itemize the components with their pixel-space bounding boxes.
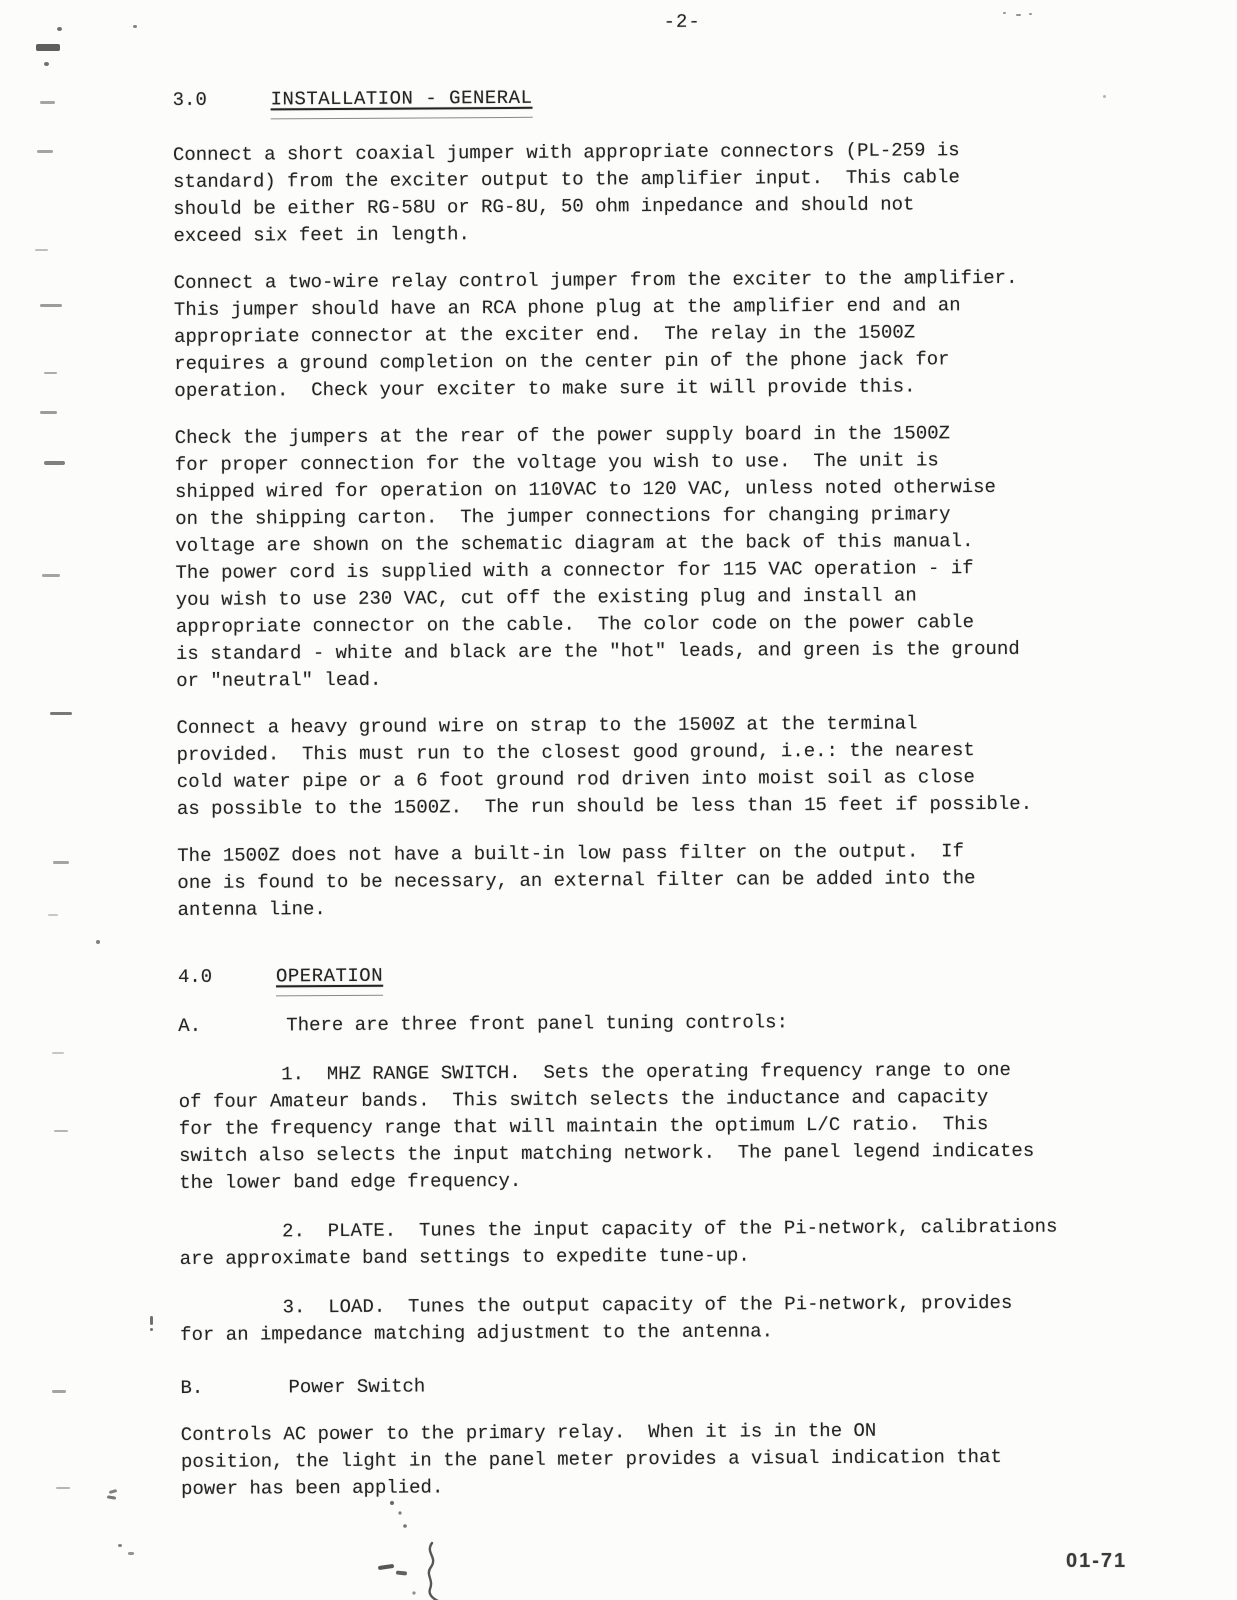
paragraph: Controls AC power to the primary relay. …	[181, 1416, 1201, 1503]
scan-mark	[1003, 12, 1006, 14]
scan-mark	[48, 914, 58, 916]
scan-mark	[40, 411, 57, 414]
scan-mark	[107, 1495, 116, 1500]
list-entry-a: A. There are three front panel tuning co…	[178, 1007, 1198, 1040]
scan-mark	[118, 1544, 122, 1547]
paragraph: Check the jumpers at the rear of the pow…	[175, 419, 1197, 695]
scan-mark	[53, 861, 69, 864]
scan-mark	[109, 1489, 118, 1494]
section-number: 4.0	[178, 963, 276, 991]
scan-mark	[40, 101, 55, 104]
scan-mark	[150, 1328, 153, 1331]
list-label: B.	[180, 1374, 288, 1402]
paragraph: Connect a heavy ground wire on strap to …	[176, 709, 1197, 823]
scanned-manual-page: -2- 3.0 INSTALLATION - GENERAL Connect a…	[0, 0, 1237, 1600]
page-number: -2-	[172, 0, 1192, 39]
section-title: INSTALLATION - GENERAL	[271, 85, 533, 120]
list-item: 1. MHZ RANGE SWITCH. Sets the operating …	[178, 1056, 1199, 1197]
scan-mark	[1016, 14, 1021, 16]
section-number: 3.0	[173, 86, 271, 114]
list-entry-b: B. Power Switch	[180, 1369, 1200, 1402]
scan-mark	[40, 304, 62, 307]
scan-mark	[96, 940, 100, 944]
scan-mark	[57, 27, 62, 31]
scan-mark	[42, 574, 60, 577]
scan-mark	[50, 712, 72, 715]
paragraph: Connect a short coaxial jumper with appr…	[173, 136, 1194, 250]
scan-mark	[128, 1552, 134, 1555]
list-item: 2. PLATE. Tunes the input capacity of th…	[179, 1213, 1199, 1273]
page-content: -2- 3.0 INSTALLATION - GENERAL Connect a…	[172, 0, 1201, 1503]
scan-mark	[150, 1316, 153, 1325]
scan-mark	[52, 1052, 64, 1054]
scan-mark	[56, 1487, 70, 1489]
scan-mark	[1103, 95, 1106, 98]
scan-mark	[1029, 13, 1032, 15]
scan-mark	[54, 1130, 68, 1132]
list-text: Power Switch	[288, 1373, 425, 1401]
scan-mark	[44, 62, 49, 66]
date-code: 01-71	[1066, 1548, 1127, 1575]
section-title: OPERATION	[276, 963, 383, 997]
scan-mark	[44, 461, 65, 465]
scan-mark	[37, 150, 53, 153]
scan-mark	[133, 25, 137, 28]
scan-mark	[44, 372, 57, 374]
list-item: 3. LOAD. Tunes the output capacity of th…	[180, 1289, 1200, 1349]
paragraph: Connect a two-wire relay control jumper …	[174, 264, 1195, 405]
section-heading-operation: 4.0 OPERATION	[178, 958, 1198, 997]
scan-mark	[35, 249, 48, 251]
list-label: A.	[178, 1012, 286, 1040]
paragraph: The 1500Z does not have a built-in low p…	[177, 837, 1197, 924]
scan-mark	[52, 1390, 66, 1393]
pencil-squiggle	[370, 1495, 460, 1600]
section-heading-installation: 3.0 INSTALLATION - GENERAL	[173, 81, 1193, 120]
list-text: There are three front panel tuning contr…	[286, 1009, 788, 1039]
scan-mark	[36, 44, 60, 51]
